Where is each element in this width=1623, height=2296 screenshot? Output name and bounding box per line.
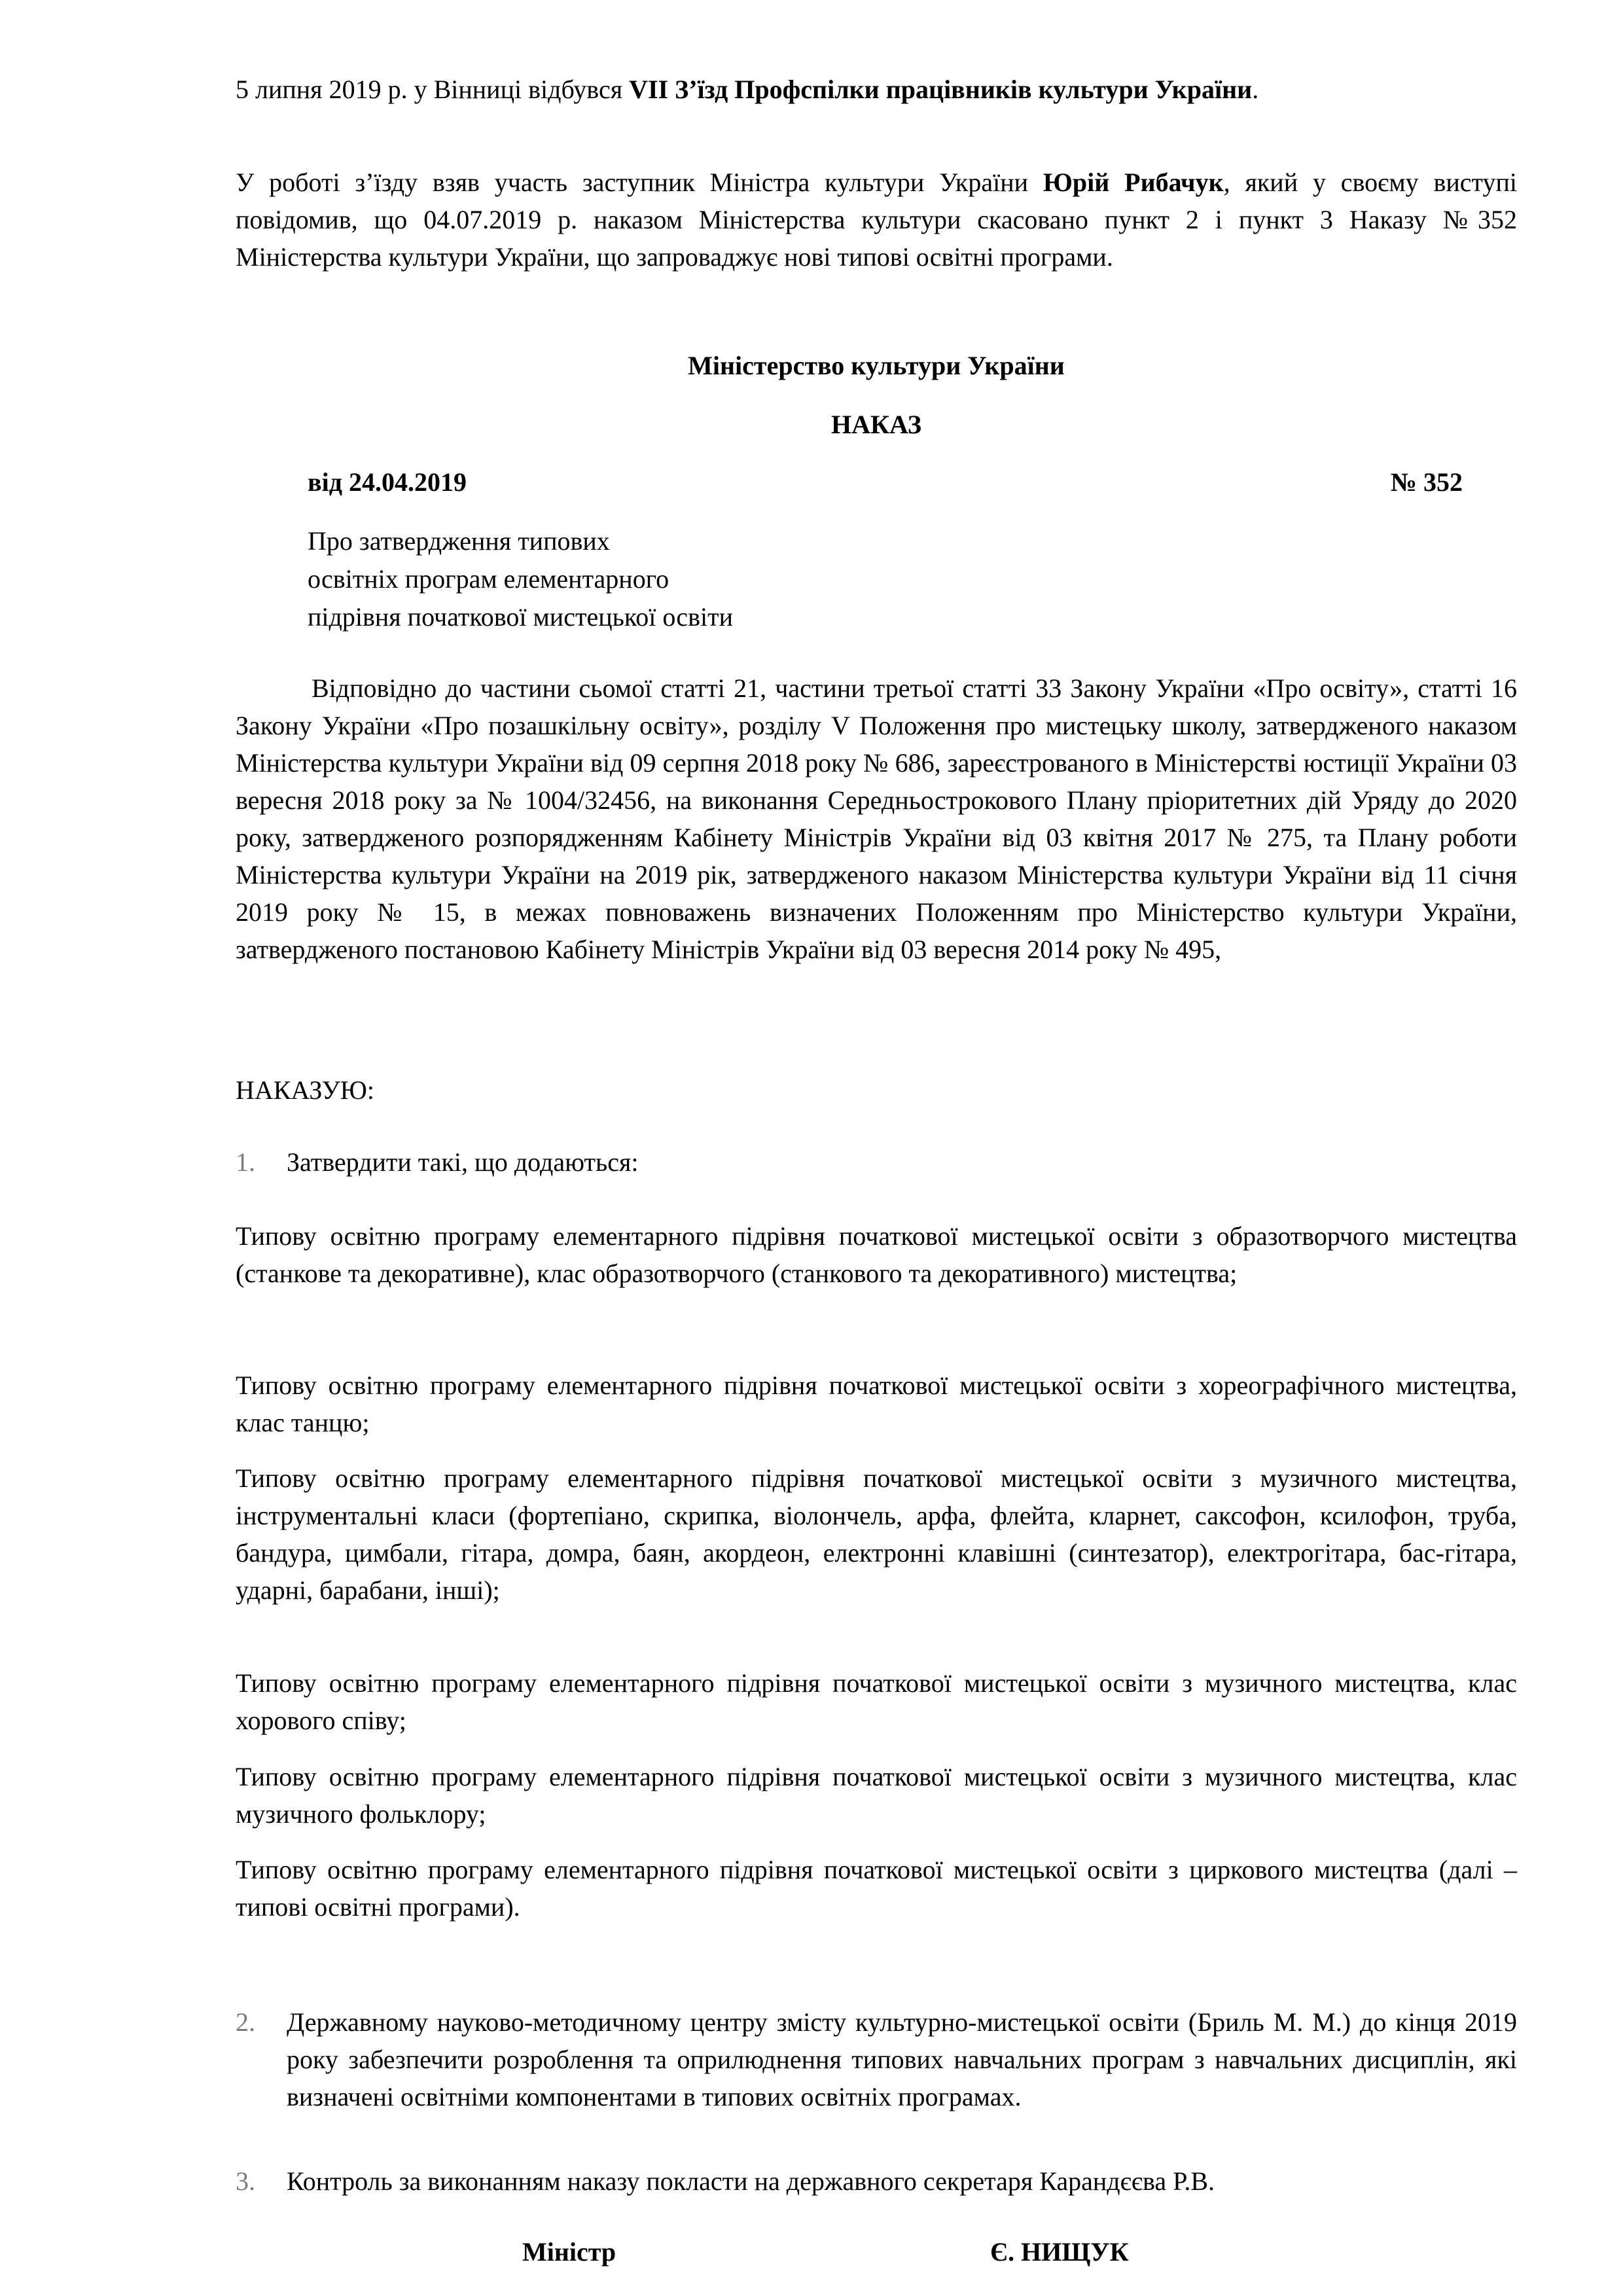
intro-text: 5 липня 2019 р. у Вінниці відбувся (236, 75, 629, 104)
signature-position: Міністр (522, 2233, 616, 2270)
program-item: Типову освітню програму елементарного пі… (236, 1367, 1517, 1441)
order-heading: НАКАЗ (236, 406, 1517, 443)
congress-name: VII З’їзд Профспілки працівників культур… (629, 75, 1252, 104)
program-item: Типову освітню програму елементарного пі… (236, 1758, 1517, 1833)
intro-text: У роботі з’їзду взяв участь заступник Мі… (236, 168, 1043, 197)
intro-paragraph-2: У роботі з’їзду взяв участь заступник Мі… (236, 164, 1517, 276)
order-title-line: Про затвердження типових (308, 522, 1589, 560)
order-title-line: підрівня початкової мистецької освіти (308, 598, 1589, 636)
ministry-name: Міністерство культури України (236, 347, 1517, 384)
program-item: Типову освітню програму елементарного пі… (236, 1460, 1517, 1609)
list-text: Затвердити такі, що додаються: (287, 1143, 1517, 1181)
list-number: 3. (236, 2162, 287, 2200)
order-command: НАКАЗУЮ: (236, 1071, 1517, 1109)
list-number: 2. (236, 2003, 287, 2115)
list-number: 1. (236, 1143, 287, 1181)
order-number: № 352 (1391, 463, 1463, 501)
program-item: Типову освітню програму елементарного пі… (236, 1851, 1517, 1926)
list-text: Контроль за виконанням наказу покласти н… (287, 2162, 1517, 2200)
order-date-number-row: від 24.04.2019 № 352 (308, 463, 1463, 501)
intro-paragraph-1: 5 липня 2019 р. у Вінниці відбувся VII З… (236, 71, 1517, 108)
program-item: Типову освітню програму елементарного пі… (236, 1664, 1517, 1739)
list-item-1: 1. Затвердити такі, що додаються: (236, 1143, 1517, 1181)
order-preamble: Відповідно до частини сьомої статті 21, … (236, 670, 1517, 968)
signature-name: Є. НИЩУК (990, 2233, 1129, 2270)
list-item-2: 2. Державному науково-методичному центру… (236, 2003, 1517, 2115)
order-title-line: освітніх програм елементарного (308, 560, 1589, 598)
deputy-minister-name: Юрій Рибачук (1043, 168, 1224, 197)
list-text: Державному науково-методичному центру зм… (287, 2003, 1517, 2115)
program-item: Типову освітню програму елементарного пі… (236, 1217, 1517, 1292)
list-item-3: 3. Контроль за виконанням наказу покласт… (236, 2162, 1517, 2200)
intro-text-end: . (1252, 75, 1258, 104)
order-date: від 24.04.2019 (308, 463, 467, 501)
order-title: Про затвердження типових освітніх програ… (308, 522, 1589, 636)
